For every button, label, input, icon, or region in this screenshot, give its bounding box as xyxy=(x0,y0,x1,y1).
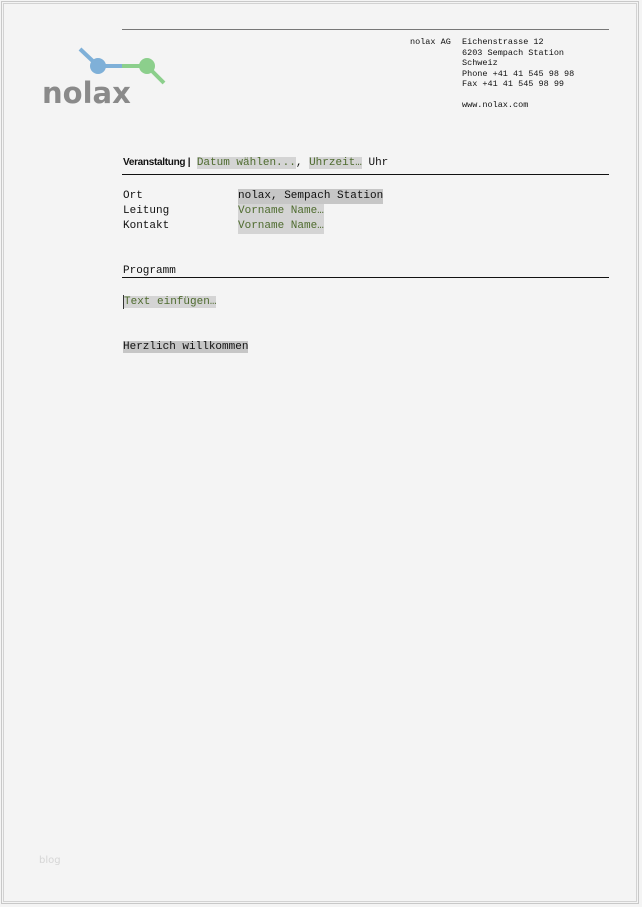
closing-field[interactable]: Herzlich willkommen xyxy=(123,341,248,353)
event-label: Veranstaltung | xyxy=(123,157,190,168)
program-text-field[interactable]: Text einfügen… xyxy=(123,295,216,309)
detail-row-contact: Kontakt Vorname Name… xyxy=(123,219,383,234)
detail-key: Ort xyxy=(123,189,238,204)
page-inner-border xyxy=(3,3,637,902)
time-field[interactable]: Uhrzeit… xyxy=(309,157,362,169)
address-line: Eichenstrasse 12 xyxy=(462,37,574,48)
detail-key: Leitung xyxy=(123,204,238,219)
company-name: nolax AG xyxy=(410,37,451,48)
contact-name-field[interactable]: Vorname Name… xyxy=(238,219,324,234)
watermark: blog xyxy=(39,855,61,866)
details-table: Ort nolax, Sempach Station Leitung Vorna… xyxy=(123,189,383,234)
event-line: Veranstaltung | Datum wählen..., Uhrzeit… xyxy=(123,156,388,170)
location-field[interactable]: nolax, Sempach Station xyxy=(238,189,383,204)
fax-line: Fax +41 41 545 98 99 xyxy=(462,79,574,90)
divider xyxy=(122,277,609,278)
detail-row-lead: Leitung Vorname Name… xyxy=(123,204,383,219)
detail-key: Kontakt xyxy=(123,219,238,234)
website-link[interactable]: www.nolax.com xyxy=(462,100,574,111)
address-line: Schweiz xyxy=(462,58,574,69)
header-rule xyxy=(122,29,609,30)
phone-line: Phone +41 41 545 98 98 xyxy=(462,69,574,80)
date-picker-field[interactable]: Datum wählen... xyxy=(197,157,296,169)
program-placeholder[interactable]: Text einfügen… xyxy=(124,296,216,308)
address-line: 6203 Sempach Station xyxy=(462,48,574,59)
company-address: Eichenstrasse 12 6203 Sempach Station Sc… xyxy=(462,37,574,111)
detail-row-location: Ort nolax, Sempach Station xyxy=(123,189,383,204)
program-heading: Programm xyxy=(123,264,176,278)
lead-name-field[interactable]: Vorname Name… xyxy=(238,204,324,219)
logo-wordmark: nolax xyxy=(42,76,131,110)
time-suffix: Uhr xyxy=(362,157,388,169)
event-separator: , xyxy=(296,157,309,169)
closing-text[interactable]: Herzlich willkommen xyxy=(123,340,248,354)
divider xyxy=(122,174,609,175)
